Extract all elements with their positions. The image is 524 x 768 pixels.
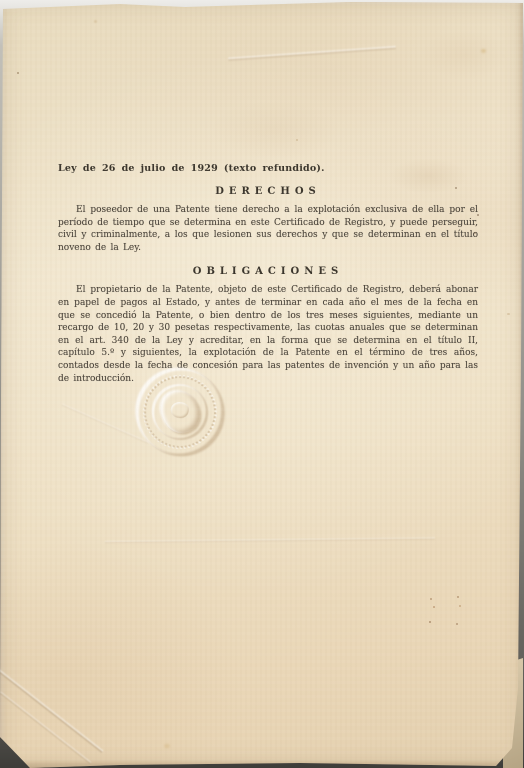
fox-spot [430, 598, 432, 600]
ink-speck [474, 232, 476, 234]
fox-spot [296, 139, 298, 141]
paper-crease [228, 42, 396, 64]
obligaciones-paragraph: El propietario de la Patente, objeto de … [58, 284, 478, 385]
paper-crease-corner-fold [0, 665, 105, 754]
fox-spot [429, 621, 431, 623]
ink-speck [477, 214, 479, 216]
paper-crease-corner-fold [0, 689, 93, 765]
document-page: Ley de 26 de julio de 1929 (texto refund… [0, 0, 524, 768]
fox-spot [459, 605, 461, 607]
fox-spot [94, 20, 97, 23]
obligaciones-heading: OBLIGACIONES [58, 266, 478, 277]
fox-spot [456, 623, 458, 625]
page-content: Ley de 26 de julio de 1929 (texto refund… [58, 163, 478, 385]
law-title: Ley de 26 de julio de 1929 (texto refund… [58, 163, 478, 174]
fox-spot [433, 606, 435, 608]
fox-spot [457, 596, 459, 598]
paper-stain [420, 30, 510, 80]
ink-speck [455, 187, 457, 189]
fox-spot [481, 49, 486, 53]
paper-stain [210, 100, 340, 160]
derechos-heading: DERECHOS [58, 186, 478, 197]
paper-crease [105, 534, 435, 545]
fox-spot [164, 744, 170, 748]
derechos-paragraph: El poseedor de una Patente tiene derecho… [58, 204, 478, 254]
fox-spot [17, 72, 19, 74]
embossed-seal [131, 363, 228, 460]
fox-spot [507, 313, 510, 315]
